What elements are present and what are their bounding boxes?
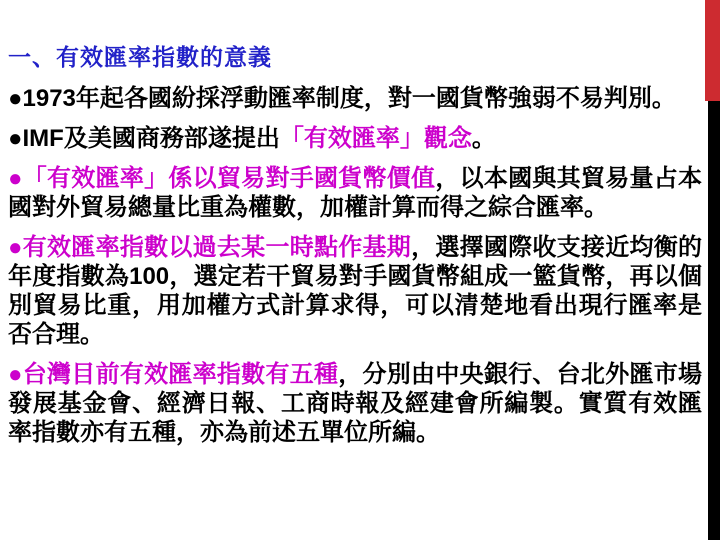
bullet-segment: ●IMF及美國商務部遂提出 — [8, 125, 280, 152]
bullet-segment-highlight: ●有效匯率指數以過去某一時點作基期 — [8, 234, 411, 261]
slide-title: 一、有效匯率指數的意義 — [8, 42, 702, 72]
bullet-item-5: ●台灣目前有效匯率指數有五種，分別由中央銀行、台北外匯市場發展基金會、經濟日報、… — [8, 360, 702, 447]
bullet-segment-highlight: 「有效匯率」觀念 — [280, 125, 472, 152]
slide-edge-red-bar — [705, 0, 720, 101]
bullet-item-1: ●1973年起各國紛採浮動匯率制度，對一國貨幣強弱不易判別。 — [8, 84, 702, 113]
bullet-segment-highlight: ●「有效匯率」係以貿易對手國貨幣價值 — [8, 165, 435, 192]
bullet-segment: 。 — [472, 125, 496, 152]
slide-edge-black-bar — [708, 101, 720, 540]
slide-content: 一、有效匯率指數的意義 ●1973年起各國紛採浮動匯率制度，對一國貨幣強弱不易判… — [8, 42, 702, 458]
bullet-segment-highlight: ●台灣目前有效匯率指數有五種 — [8, 361, 338, 388]
bullet-item-4: ●有效匯率指數以過去某一時點作基期，選擇國際收支接近均衡的年度指數為100，選定… — [8, 233, 702, 349]
presentation-slide: 一、有效匯率指數的意義 ●1973年起各國紛採浮動匯率制度，對一國貨幣強弱不易判… — [0, 0, 720, 540]
bullet-segment: ●1973年起各國紛採浮動匯率制度，對一國貨幣強弱不易判別。 — [8, 85, 676, 112]
bullet-item-3: ●「有效匯率」係以貿易對手國貨幣價值，以本國與其貿易量占本國對外貿易總量比重為權… — [8, 164, 702, 222]
bullet-item-2: ●IMF及美國商務部遂提出「有效匯率」觀念。 — [8, 124, 702, 153]
